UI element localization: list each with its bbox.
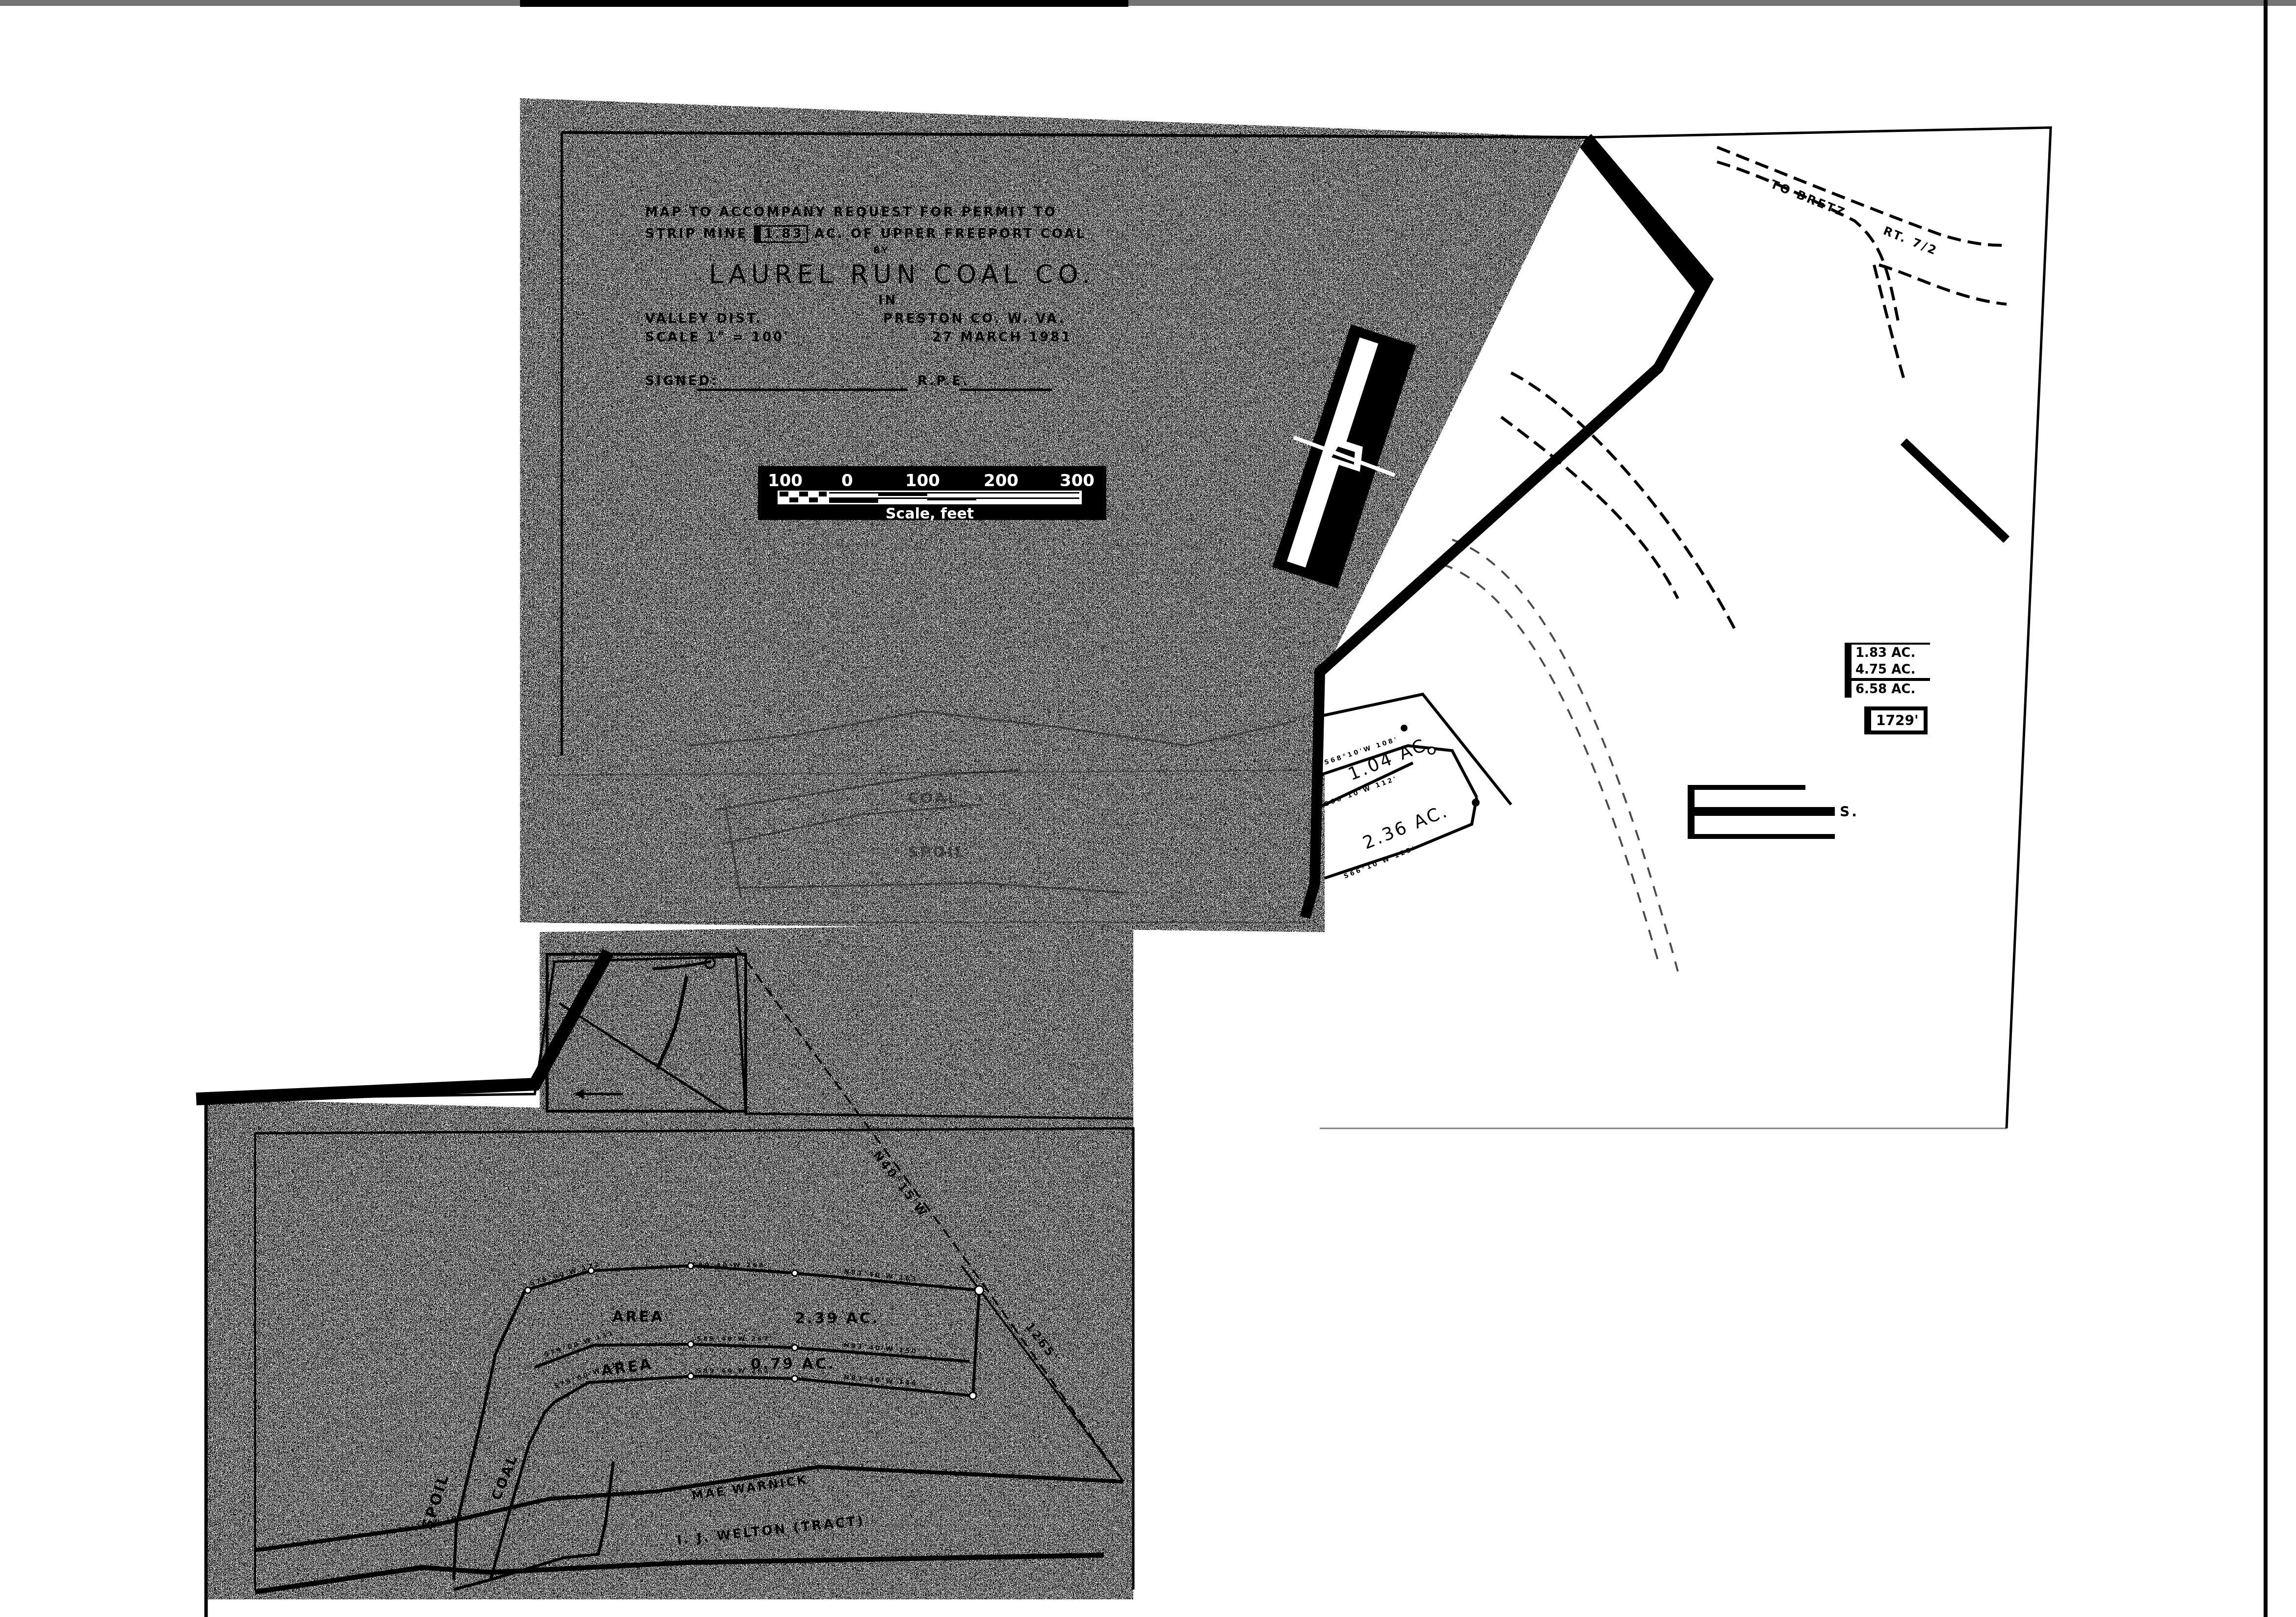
scale-tick: 300 bbox=[1060, 471, 1095, 491]
county-state: PRESTON CO. W. VA. bbox=[883, 312, 1066, 326]
acreage-total: 6.58 AC. bbox=[1852, 681, 1930, 698]
strip-length: 1729' bbox=[1864, 706, 1928, 734]
upper-coal-label: COAL bbox=[908, 790, 959, 807]
owners-box: S. bbox=[1688, 785, 1845, 839]
scale-bar: 100 0 100 200 300 Scale, feet bbox=[758, 466, 1106, 520]
title-line-2: STRIP MINE 1.83 AC. OF UPPER FREEPORT CO… bbox=[645, 227, 1086, 241]
scale-tick: 200 bbox=[984, 471, 1018, 491]
scale-tick: 0 bbox=[841, 471, 853, 491]
title-strip-mine: STRIP MINE bbox=[645, 227, 748, 241]
area-word: AREA bbox=[612, 1308, 664, 1326]
scale-ruler bbox=[778, 491, 1082, 504]
bearing-label: S89°40'W 262' bbox=[697, 1367, 774, 1375]
scale-tick: 100 bbox=[768, 471, 803, 491]
bearing-label: S89°40'W 267' bbox=[697, 1335, 774, 1343]
scale-tick: 100 bbox=[905, 471, 940, 491]
upper-spoil-label: SPOIL bbox=[908, 844, 966, 861]
acreage-summary: 1.83 AC. 4.75 AC. 6.58 AC. bbox=[1845, 643, 1930, 698]
title-coal-seam: AC. OF UPPER FREEPORT COAL bbox=[814, 227, 1086, 241]
map-scan bbox=[0, 0, 2296, 1617]
title-line-1: MAP TO ACCOMPANY REQUEST FOR PERMIT TO bbox=[645, 205, 1057, 220]
acreage-spoil: 4.75 AC. bbox=[1852, 661, 1930, 681]
title-in: IN bbox=[878, 293, 897, 308]
scale-caption: Scale, feet bbox=[886, 505, 974, 522]
bearing-label: S89°40'W 268' bbox=[692, 1262, 769, 1269]
area-2-39-value: 2.39 AC. bbox=[795, 1310, 880, 1327]
map-date: 27 MARCH 1981 bbox=[932, 330, 1072, 345]
signature-line bbox=[697, 389, 908, 391]
map-scale: SCALE 1" = 100' bbox=[645, 330, 790, 345]
rpe-label: R.P.E. bbox=[917, 374, 969, 389]
acreage-strip: 1.83 AC. bbox=[1852, 645, 1930, 661]
title-by: BY bbox=[873, 245, 890, 256]
district: VALLEY DIST. bbox=[645, 312, 762, 326]
title-acreage: 1.83 bbox=[754, 225, 808, 243]
signed-label: SIGNED: bbox=[645, 374, 718, 389]
company-name: LAUREL RUN COAL CO. bbox=[709, 260, 1095, 289]
owner-suffix: S. bbox=[1840, 804, 1859, 820]
rpe-line bbox=[959, 389, 1052, 391]
